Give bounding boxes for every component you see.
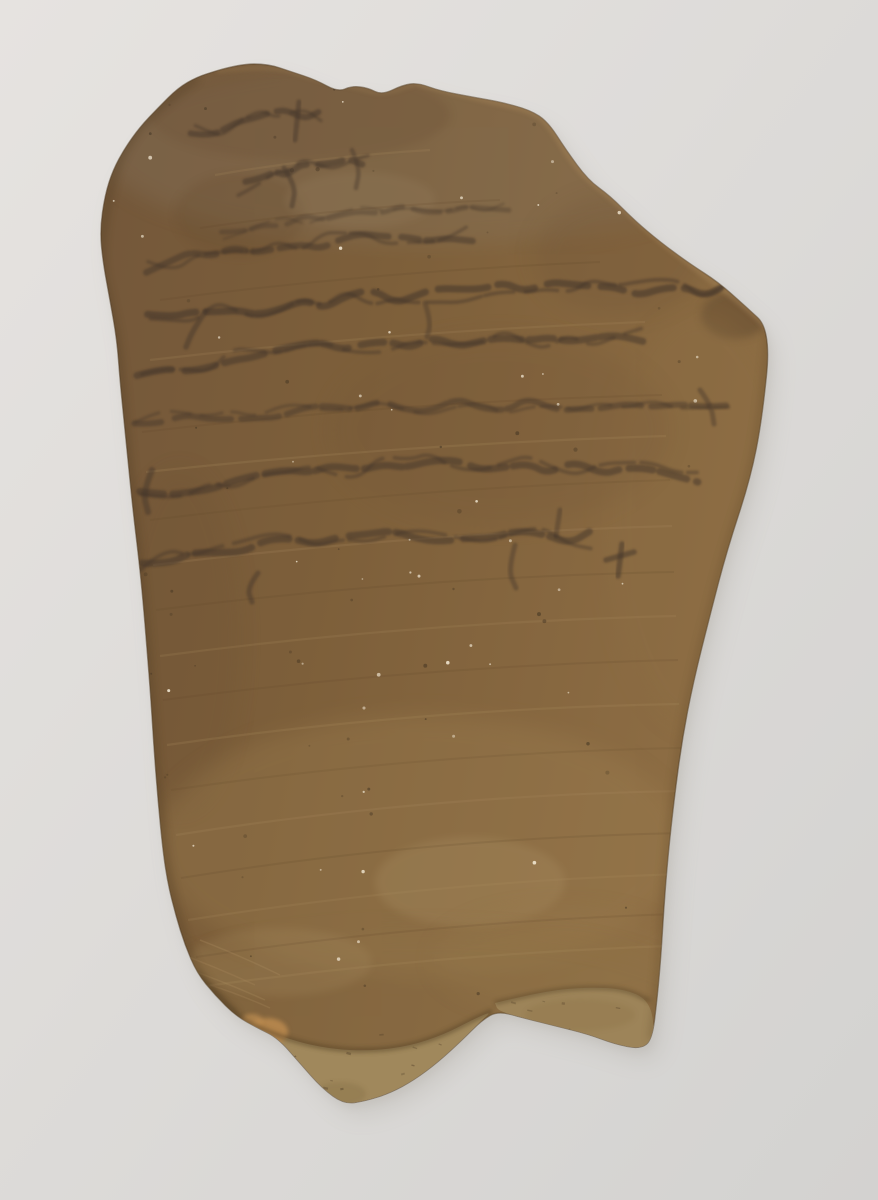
ostracon-photograph	[0, 0, 878, 1200]
artifact-photo	[0, 0, 878, 1200]
